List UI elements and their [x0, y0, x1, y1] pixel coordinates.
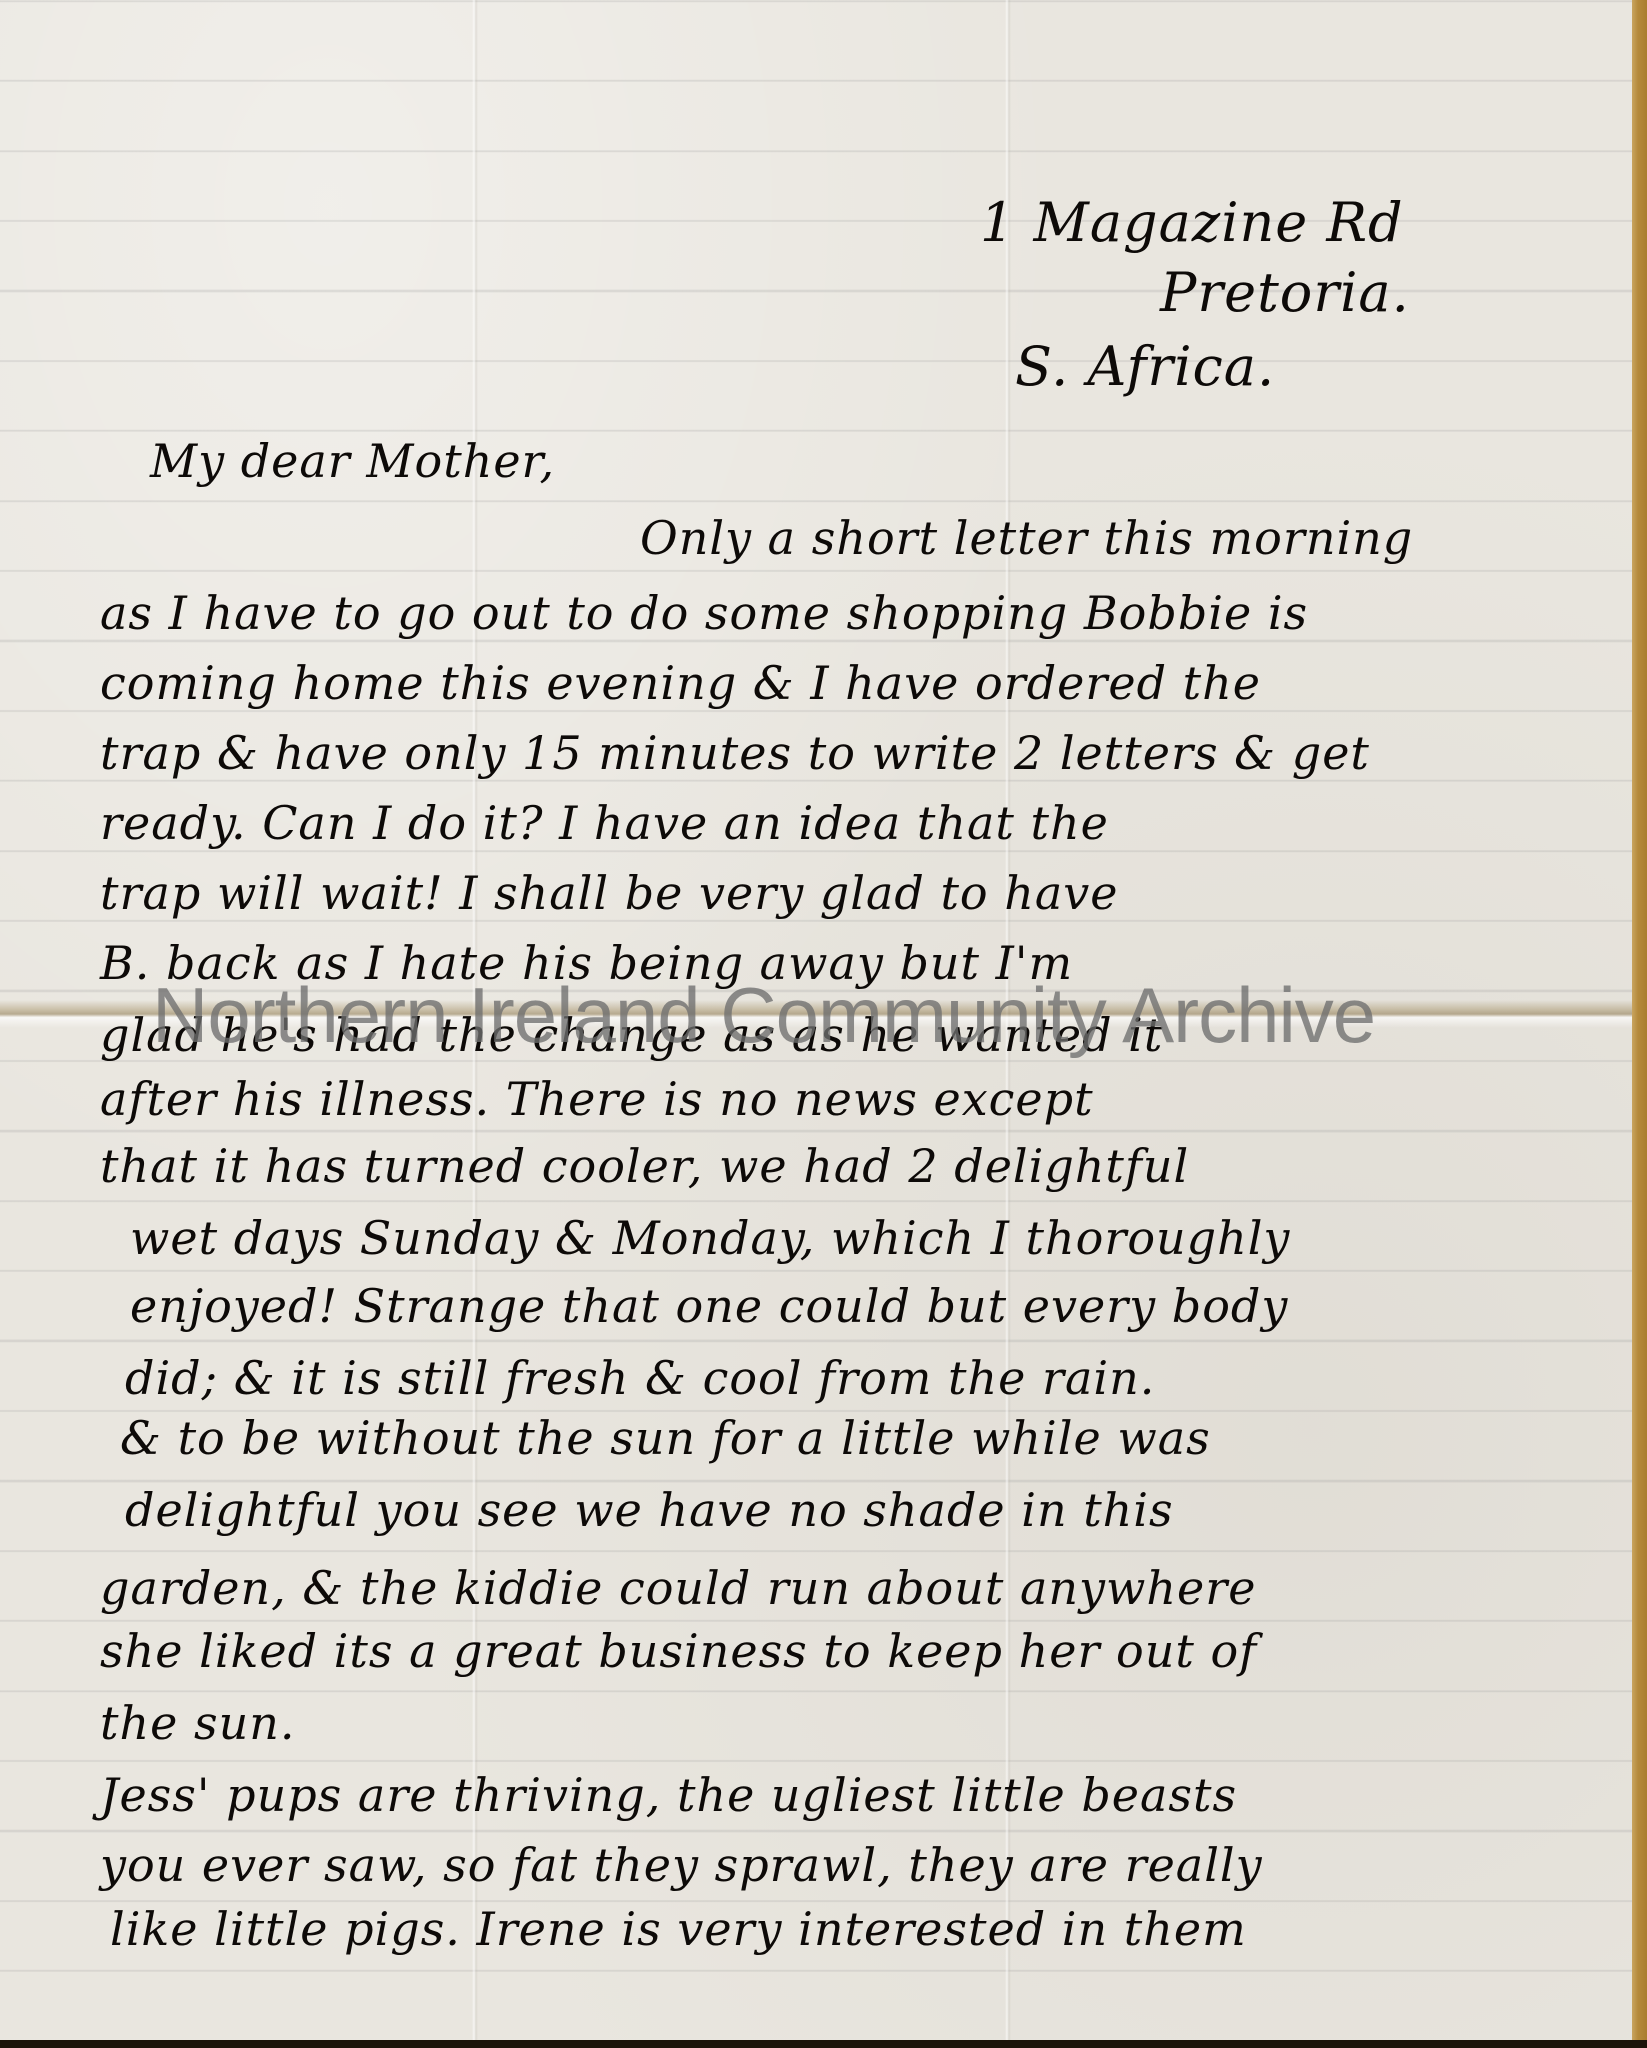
address-line-city: Pretoria. [1160, 266, 1410, 320]
body-line: Only a short letter this morning [640, 515, 1413, 561]
body-line: trap & have only 15 minutes to write 2 l… [100, 730, 1370, 776]
body-line: wet days Sunday & Monday, which I thorou… [130, 1215, 1290, 1261]
salutation: My dear Mother, [150, 438, 555, 484]
body-line: ready. Can I do it? I have an idea that … [100, 800, 1109, 846]
body-line: that it has turned cooler, we had 2 deli… [100, 1143, 1189, 1189]
body-line: as I have to go out to do some shopping … [100, 590, 1308, 636]
body-line: delightful you see we have no shade in t… [125, 1487, 1174, 1533]
address-line-street: 1 Magazine Rd [980, 196, 1404, 250]
paper-edge-right [1632, 0, 1647, 2048]
body-line: did; & it is still fresh & cool from the… [125, 1355, 1155, 1401]
body-line: garden, & the kiddie could run about any… [100, 1565, 1256, 1611]
body-line: after his illness. There is no news exce… [100, 1076, 1094, 1122]
address-line-country: S. Africa. [1015, 340, 1275, 394]
body-line: she liked its a great business to keep h… [100, 1628, 1257, 1674]
body-line: & to be without the sun for a little whi… [120, 1415, 1211, 1461]
body-line: enjoyed! Strange that one could but ever… [130, 1283, 1288, 1329]
body-line: you ever saw, so fat they sprawl, they a… [100, 1842, 1263, 1888]
paper-edge-bottom [0, 2040, 1647, 2048]
body-line: coming home this evening & I have ordere… [100, 660, 1261, 706]
body-line: like little pigs. Irene is very interest… [110, 1906, 1247, 1952]
body-line: trap will wait! I shall be very glad to … [100, 870, 1119, 916]
letter-page: 1 Magazine Rd Pretoria. S. Africa. My de… [0, 0, 1640, 2040]
watermark: Northern Ireland Community Archive [152, 976, 1375, 1054]
body-line: Jess' pups are thriving, the ugliest lit… [100, 1772, 1237, 1818]
body-line: the sun. [100, 1700, 295, 1746]
